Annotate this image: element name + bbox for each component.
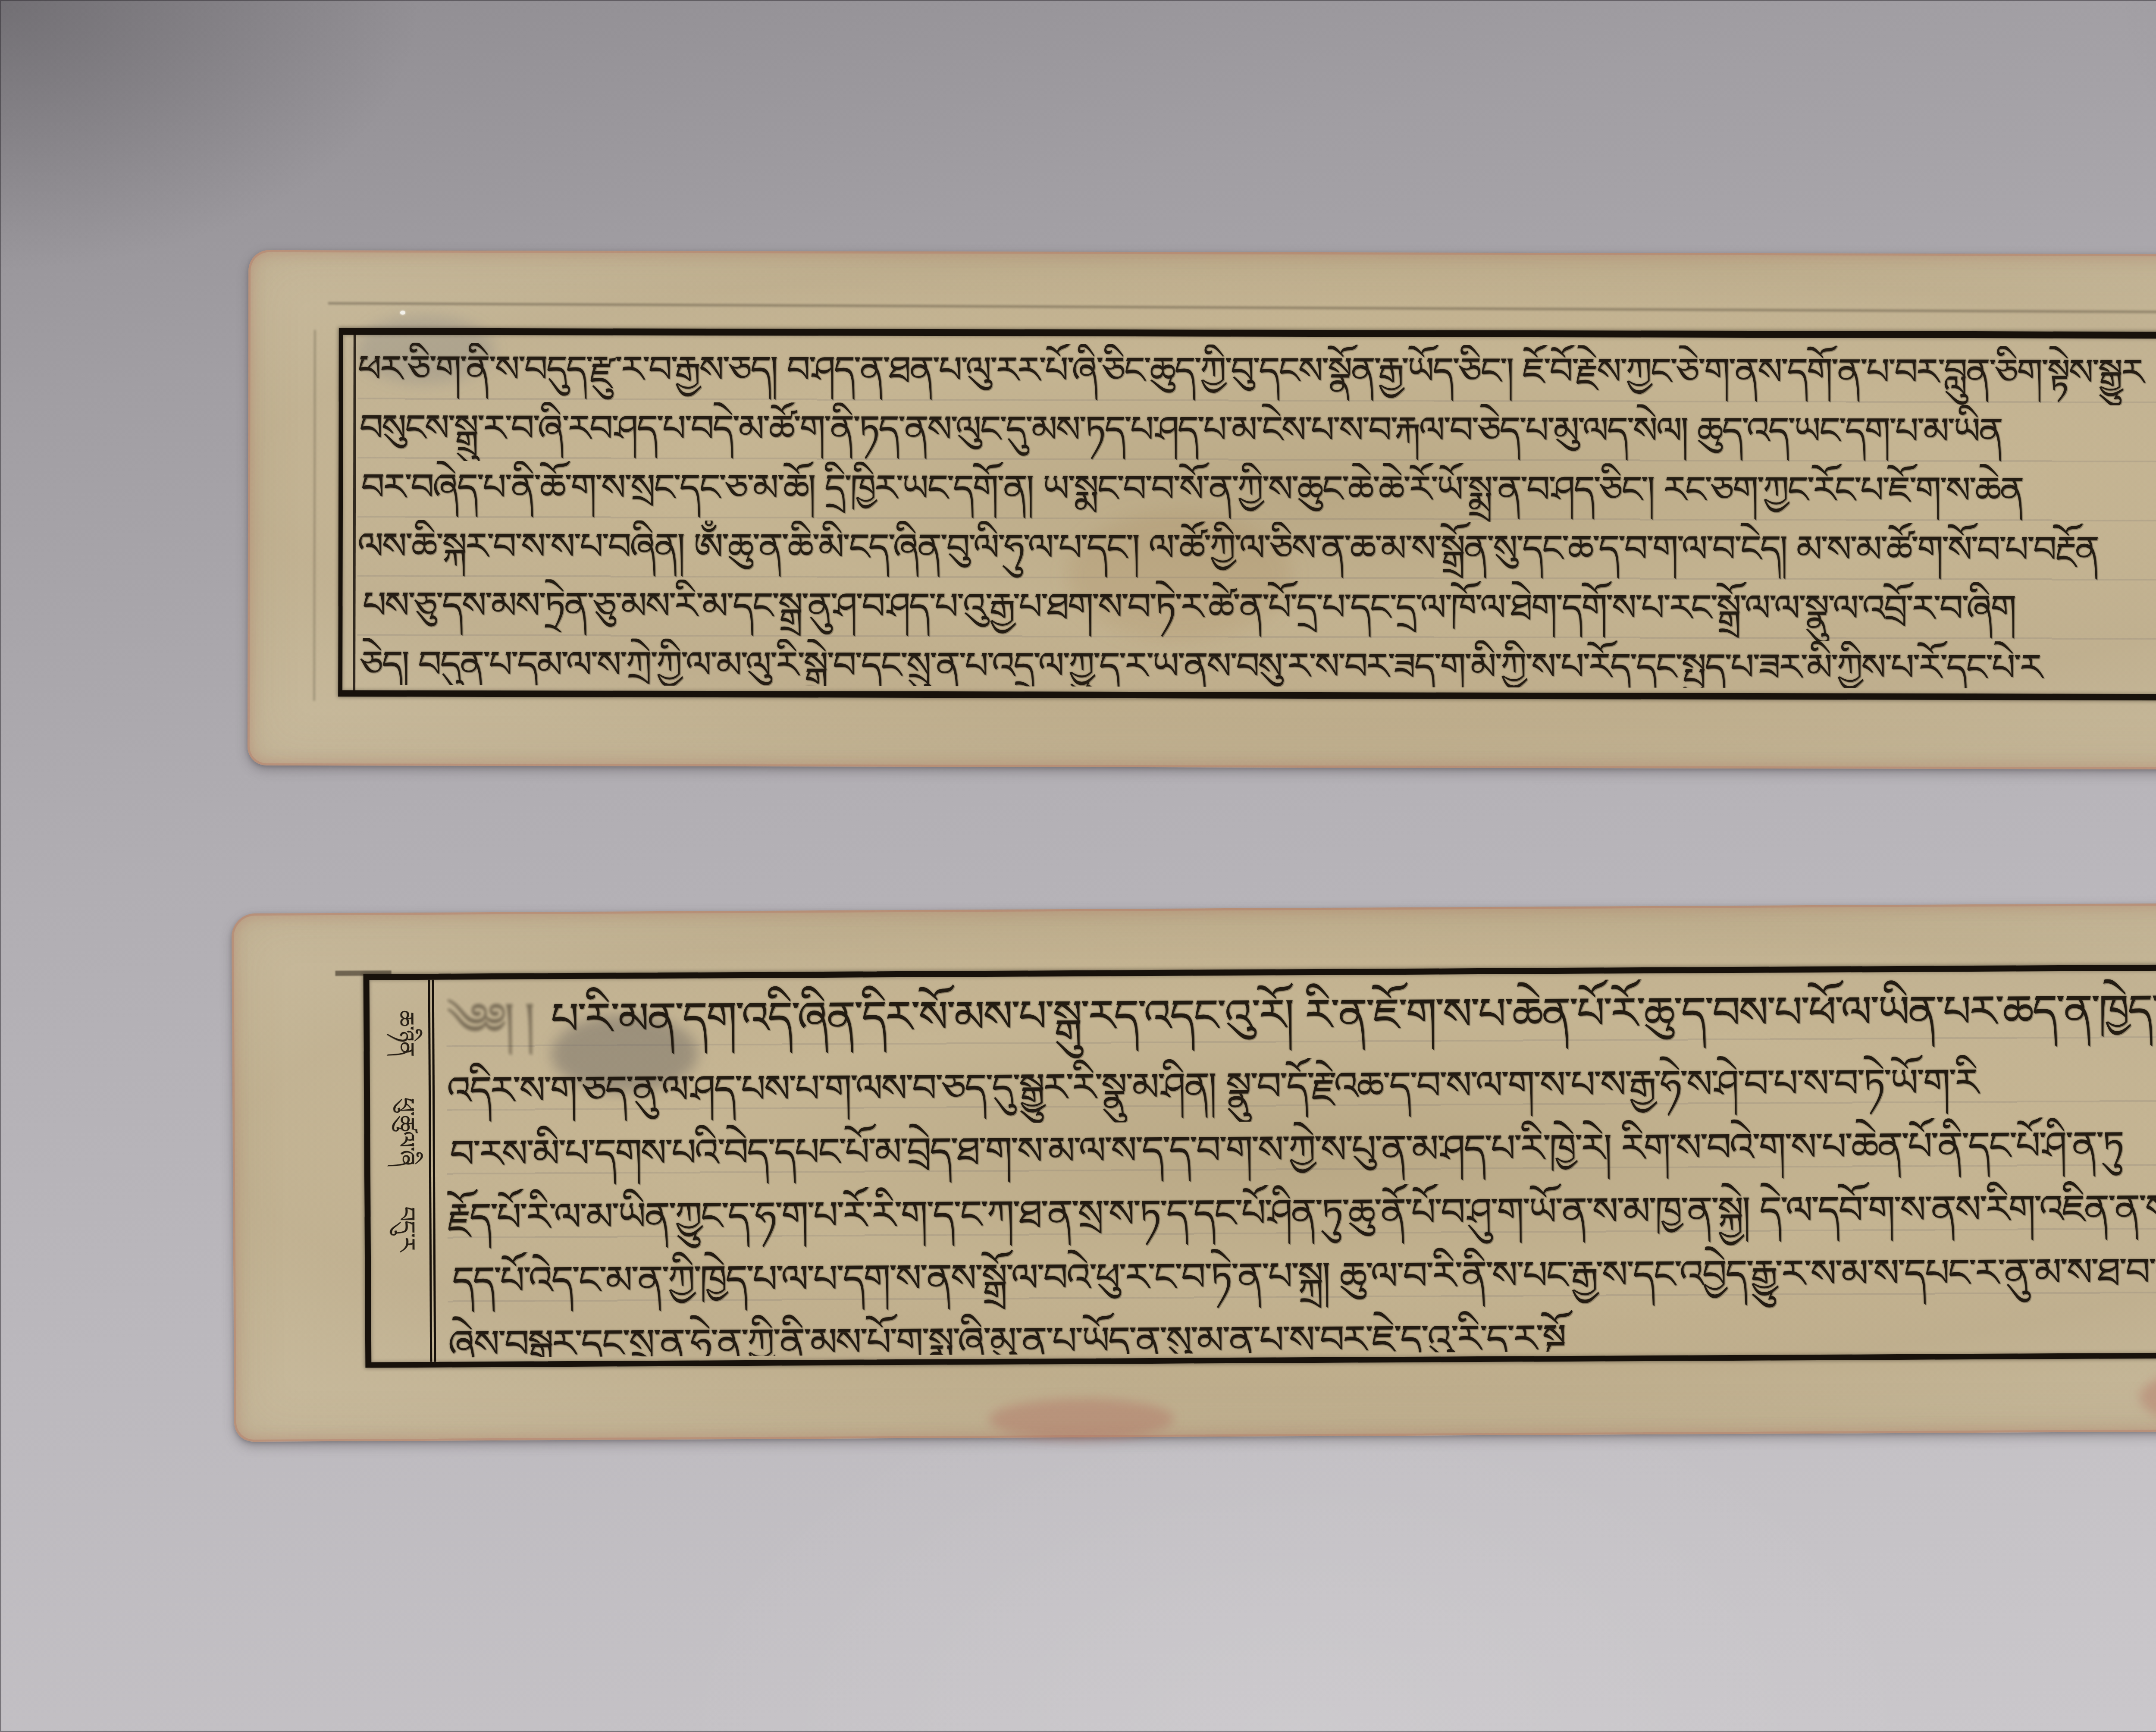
margin-label: བདུ་ར bbox=[367, 1206, 433, 1251]
text-line: ཕར་ཅི་ག་ནི་ས་བདུད་རྫུ་ར་བ་རྒྱས་ཅད། བ་ཤད་… bbox=[358, 342, 2156, 405]
ghost-rule-line bbox=[328, 302, 2156, 314]
yig-mgo-head-mark: ༄༅། ། bbox=[446, 994, 533, 1045]
manuscript-leaf-top: ཕར་ཅི་ག་ནི་ས་བདུད་རྫུ་ར་བ་རྒྱས་ཅད། བ་ཤད་… bbox=[248, 250, 2156, 770]
manuscript-leaf-bottom: ཆ་ཉིན ཕུ་ཚུལ་ཞི བདུ་ར ༄༅། །པ་རི་མན་དག་འད… bbox=[232, 902, 2156, 1442]
text-line: དད་པོ་འེད་ང་མ་ན་ཀྱི་ཁྱེད་པ་ལ་པ་དག་ས་ནས་ས… bbox=[448, 1243, 2156, 1316]
edge-pink-blotch bbox=[989, 1398, 1174, 1440]
text-line: འདིར་ས་ག་ཅད་ནུ་ལ་ཤད་པས་པ་ག་ལས་བ་ཅད་དུ་སྒ… bbox=[447, 1053, 2156, 1126]
margin-title-column: ཆ་ཉིན ཕུ་ཚུལ་ཞི བདུ་ར bbox=[370, 980, 436, 1362]
ghost-rule-line bbox=[313, 330, 316, 701]
text-line: པས་ཅུ་དས་མས་ཏྲེན་ཅུ་མས་རི་མ་དང་སྒྲ་ནུ་ཤ་… bbox=[357, 579, 2156, 642]
text-block: ༄༅། །པ་རི་མན་དག་འདི་ཞིན་དིར་སོ་མས་པ་སྒུ་… bbox=[446, 976, 2156, 1358]
edge-pink-blotch bbox=[2140, 1368, 2156, 1425]
text-line: ཅེད། བདུན་པ་དམ་ལ་ས་ཀྲེ་ཀྱི་ལ་མ་ལུ་རི་སྒྲ… bbox=[357, 638, 2156, 689]
text-frame: ཕར་ཅི་ག་ནི་ས་བདུད་རྫུ་ར་བ་རྒྱས་ཅད། བ་ཤད་… bbox=[338, 328, 2156, 700]
text-frame: ཆ་ཉིན ཕུ་ཚུལ་ཞི བདུ་ར ༄༅། །པ་རི་མན་དག་འད… bbox=[364, 964, 2156, 1368]
text-line-content: པ་རི་མན་དག་འདི་ཞིན་དིར་སོ་མས་པ་སྒུ་རད་འད… bbox=[551, 985, 2156, 1045]
photo-backdrop: ཕར་ཅི་ག་ནི་ས་བདུད་རྫུ་ར་བ་རྒྱས་ཅད། བ་ཤད་… bbox=[0, 0, 2156, 1732]
text-line: རྗོད་པོ་རི་ལ་མ་ཡིན་ཀྱུང་ད་ཧ་ག་པ་རོ་རི་ག་… bbox=[447, 1180, 2156, 1253]
margin-label: ཆ་ཉིན bbox=[366, 1010, 432, 1056]
text-line: བར་བཞེད་པ་ནི་ཆོ་ག་ས་སྲང་དང་ཅ་མ་ཆོ། དྲི་ཁ… bbox=[357, 461, 2156, 524]
text-line: ལས་ཆི་སྐར་བ་ས་ས་པ་བཞིན། ཨྃ་ཆུ་ན་ཆི་མི་ངད… bbox=[357, 520, 2156, 583]
text-line: བསུངས་སྒྲུ་ར་བ་ཞི་རབ་ཤད་པ་བདེ་མ་ཚོ་ག་ནི་… bbox=[357, 402, 2156, 464]
text-line: ༄༅། །པ་རི་མན་དག་འདི་ཞིན་དིར་སོ་མས་པ་སྒུ་… bbox=[446, 976, 2156, 1063]
text-block: ཕར་ཅི་ག་ནི་ས་བདུད་རྫུ་ར་བ་རྒྱས་ཅད། བ་ཤད་… bbox=[357, 342, 2156, 689]
text-line: བ་རས་མི་པ་དགས་པའི་བེད་དཔང་པོ་མ་བྲེད་ཐ་ག་… bbox=[447, 1117, 2156, 1189]
margin-label: ཕུ་ཚུལ་ཞི bbox=[367, 1097, 432, 1165]
paper-speck bbox=[400, 311, 405, 314]
